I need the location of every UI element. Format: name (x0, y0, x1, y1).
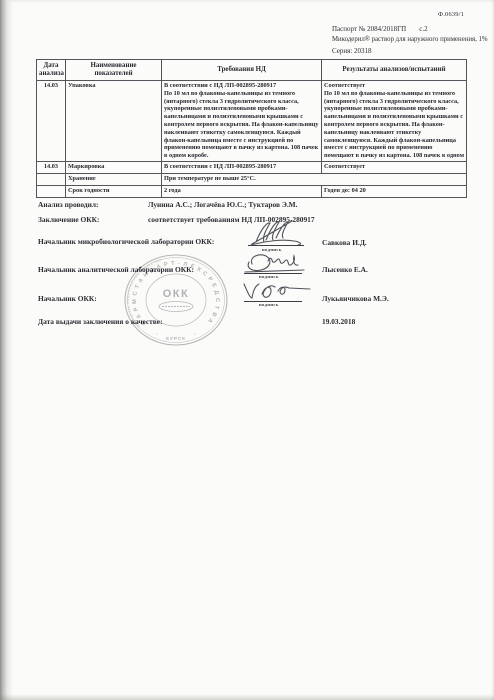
table-row-storage: Хранение При температуре не выше 25°С. (37, 174, 467, 186)
cell-results: Соответствует По 10 мл во флаконы-капель… (322, 81, 467, 162)
scan-edge-bottom (0, 694, 494, 700)
table-row-shelf-life: Срок годности 2 года Годен до: 04 20 (37, 186, 467, 198)
signatory-name-savkova: Савкова И.Д. (322, 238, 367, 247)
signature-2 (240, 251, 310, 275)
cell-date (37, 186, 66, 198)
scanned-quality-passport-page: Ф.0639/1 Паспорт № 2084/2018ГПс.2 Микоде… (0, 0, 494, 700)
stamp-center-text: ОКК (163, 288, 189, 300)
cell-requirements: 2 года (162, 186, 322, 198)
page-marker: с.2 (419, 25, 427, 33)
role-micro-lab-head: Начальник микробиологической лаборатории… (38, 237, 214, 246)
cell-date: 14.03 (37, 81, 66, 162)
analysis-by-label: Анализ проводил: (38, 200, 99, 209)
scan-edge-left (0, 0, 13, 700)
signature-caption: подпись (259, 274, 279, 279)
table-header-row: Дата анализа Наименование показателей Тр… (37, 60, 467, 81)
form-code: Ф.0639/1 (438, 11, 464, 18)
signatory-name-lukyanchikova: Лукьянчикова М.Э. (322, 294, 389, 303)
signature-1 (248, 219, 308, 247)
header-requirements: Требования НД (162, 60, 322, 81)
cell-requirements: В соответствии с НД ЛП-002895-280917 (162, 162, 322, 174)
stamp-outer-text: ОТКРЫТОЕ АКЦИОНЕРНОЕ ОБЩЕСТВО (126, 258, 162, 328)
signatory-name-lysenko: Лысенко Е.А. (322, 265, 368, 274)
issue-date-value: 19.03.2018 (322, 317, 355, 326)
role-okk-head: Начальник ОКК: (38, 294, 97, 303)
header-indicator: Наименование показателей (66, 60, 162, 81)
cell-indicator: Хранение (66, 174, 162, 186)
stamp-city-text: КУРСК (166, 336, 186, 341)
cell-indicator: Срок годности (66, 186, 162, 198)
scan-edge-top (0, 0, 494, 3)
cell-date: 14.03 (37, 162, 66, 174)
requirements-text: В соответствии с НД ЛП-002895-280917 По … (164, 82, 319, 160)
stamp-star-left: * (156, 332, 158, 337)
stamp-outer-textpath: ОТКРЫТОЕ АКЦИОНЕРНОЕ ОБЩЕСТВО (126, 258, 162, 328)
passport-number: Паспорт № 2084/2018ГП (332, 25, 406, 33)
series-number: Серия: 20318 (332, 47, 372, 55)
analysis-table: Дата анализа Наименование показателей Тр… (36, 59, 467, 198)
cell-results: Годен до: 04 20 (322, 186, 467, 198)
stamp-inner-ring (146, 274, 206, 326)
cell-requirements: В соответствии с НД ЛП-002895-280917 По … (162, 81, 322, 162)
header-results: Результаты анализов/испытаний (322, 60, 467, 81)
results-text: Соответствует По 10 мл во флаконы-капель… (324, 82, 464, 160)
cell-results: Соответствует (322, 162, 467, 174)
passport-line: Паспорт № 2084/2018ГПс.2 (332, 25, 428, 33)
okk-conclusion-label: Заключение ОКК: (38, 215, 99, 224)
signature-caption: подпись (259, 302, 279, 307)
okk-round-stamp: ОТКРЫТОЕ АКЦИОНЕРНОЕ ОБЩЕСТВО ФАРМСТАНДА… (120, 250, 232, 350)
cell-date (37, 174, 66, 186)
stamp-star-right: * (194, 332, 196, 337)
product-name: Микодерил® раствор для наружного примене… (332, 36, 488, 43)
cell-indicator: Упаковка (66, 81, 162, 162)
cell-requirements-span: При температуре не выше 25°С. (162, 174, 467, 186)
analysis-by-value: Лунина А.С.; Логачёва Ю.С.; Туктаров Э.М… (148, 200, 298, 209)
table-row-labeling: 14.03 Маркировка В соответствии с НД ЛП-… (37, 162, 467, 174)
stamp-outer-ring (125, 255, 227, 345)
cell-indicator: Маркировка (66, 162, 162, 174)
header-date: Дата анализа (37, 60, 66, 81)
table-row-packaging: 14.03 Упаковка В соответствии с НД ЛП-00… (37, 81, 467, 162)
